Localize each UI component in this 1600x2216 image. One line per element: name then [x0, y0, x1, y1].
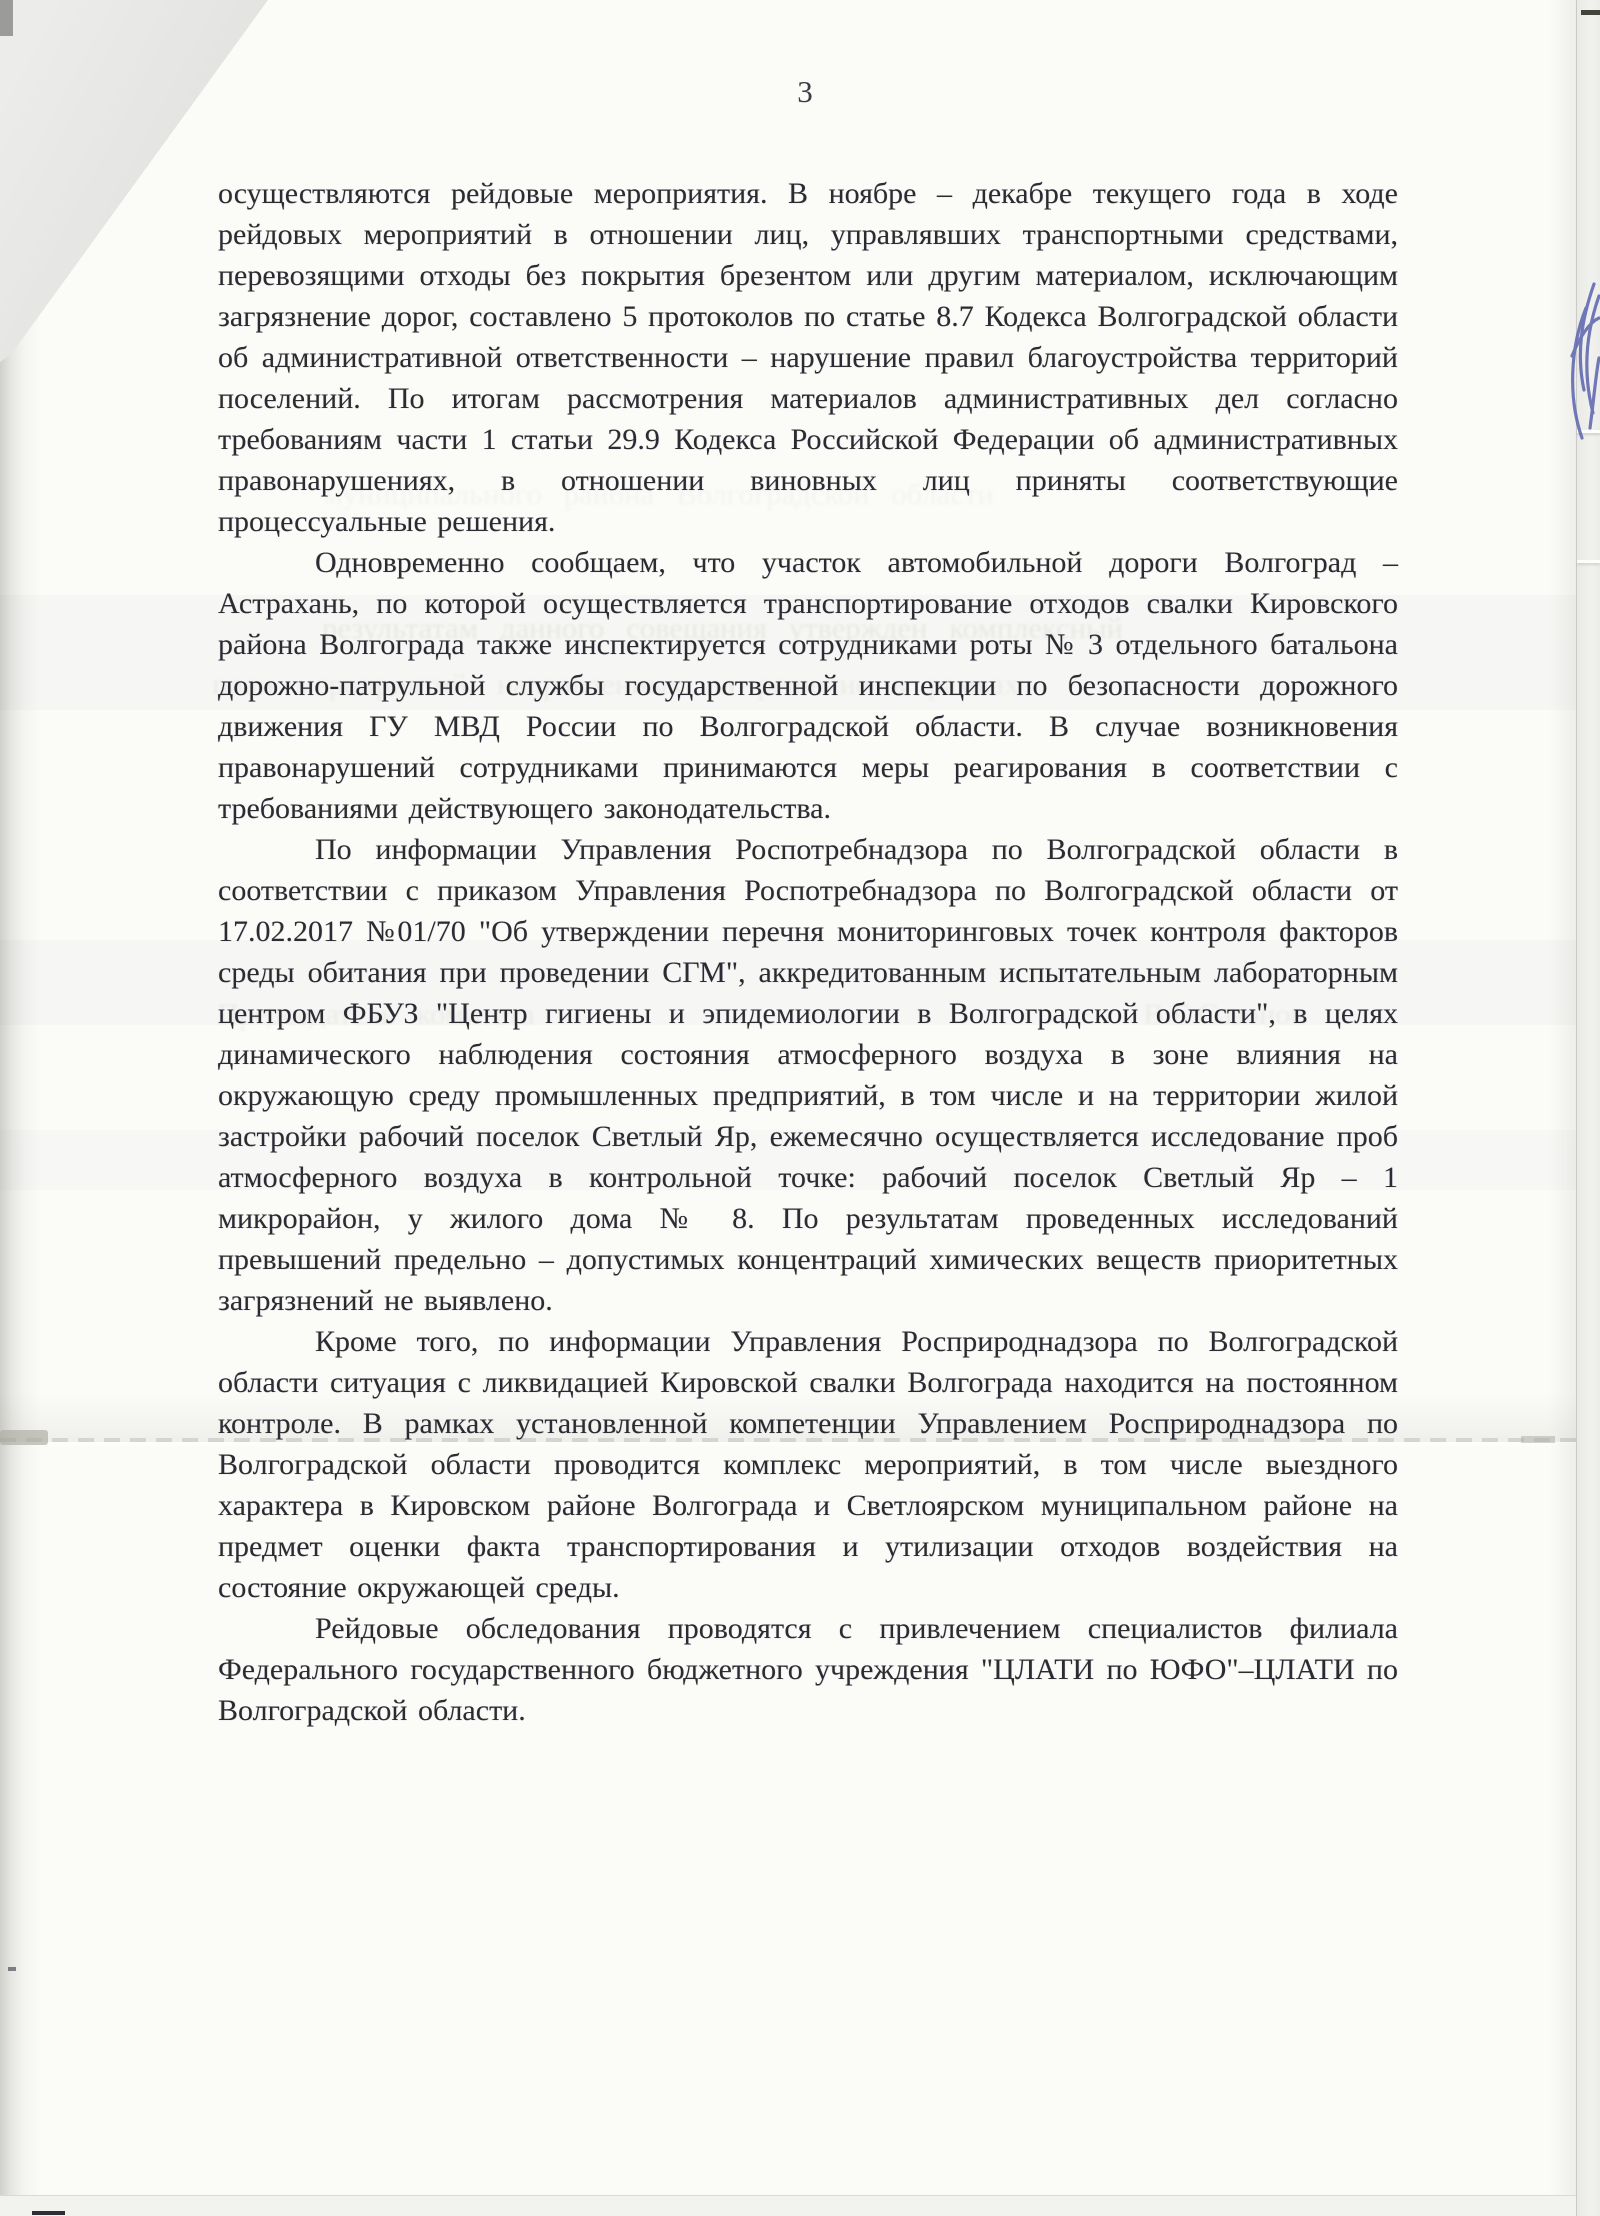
document-body: осуществляются рейдовые мероприятия. В н…	[218, 173, 1398, 1731]
body-paragraph-1: осуществляются рейдовые мероприятия. В н…	[218, 173, 1398, 542]
body-paragraph-2: Одновременно сообщаем, что участок автом…	[218, 542, 1398, 829]
bottom-dark-mark	[32, 2211, 65, 2215]
crease-left-notch	[0, 1430, 48, 1445]
right-strip-top-mark	[1581, 10, 1600, 15]
body-paragraph-3: По информации Управления Роспотребнадзор…	[218, 829, 1398, 1321]
corner-dark-edge	[0, 0, 13, 36]
pen-scribble-mark	[1560, 278, 1600, 443]
page-number: 3	[0, 74, 1600, 110]
body-paragraph-5: Рейдовые обследования проводятся с привл…	[218, 1608, 1398, 1731]
right-strip-crease	[1577, 560, 1600, 563]
bottom-page-edge	[0, 2195, 1600, 2216]
left-edge-dash	[8, 1967, 16, 1971]
body-paragraph-4: Кроме того, по информации Управления Рос…	[218, 1321, 1398, 1608]
